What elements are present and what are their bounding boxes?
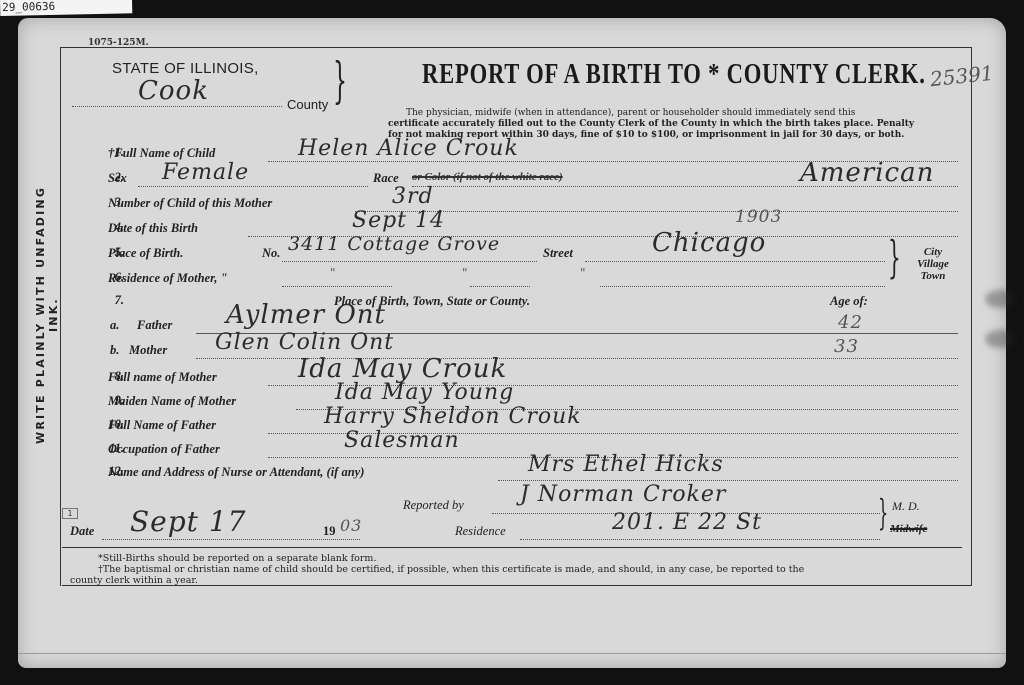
reported-by-value: J Norman Croker: [520, 482, 726, 507]
date-line: [102, 539, 360, 540]
still-births-note: *Still-Births should be reported on a se…: [70, 553, 960, 564]
side-instruction: WRITE PLAINLY WITH UNFADING INK.: [34, 170, 54, 460]
field-3-label: Number of Child of this Mother: [108, 196, 272, 211]
field-12-line: [498, 480, 958, 481]
city-brace: }: [888, 231, 901, 284]
child-name-value: Helen Alice Crouk: [298, 136, 519, 161]
birth-date-value: Sept 14: [352, 208, 445, 233]
residence-ditto-3: ": [580, 266, 587, 280]
street-label: Street: [543, 246, 573, 261]
race-value: American: [800, 158, 934, 188]
form-bottom-border: [62, 585, 972, 586]
baptismal-note-1: †The baptismal or christian name of chil…: [70, 564, 960, 575]
residence-line-2: [470, 286, 530, 287]
field-11-label: Occupation of Father: [108, 442, 220, 457]
field-8-label: Full name of Mother: [108, 370, 217, 385]
paper-stain: [985, 330, 1015, 348]
father-full-name-value: Harry Sheldon Crouk: [324, 404, 582, 429]
midwife-label: Midwife: [890, 523, 927, 535]
field-7-number: 7.: [100, 293, 124, 308]
village-label: Village: [905, 258, 961, 270]
residence-line-3: [600, 286, 885, 287]
birth-year-value: 1903: [735, 207, 782, 227]
field-7a-number: a.: [110, 318, 119, 333]
birth-address-value: 3411 Cottage Grove: [288, 233, 500, 255]
image-id-label: 29_00636: [0, 0, 132, 16]
paper-fold-line: [18, 653, 1006, 654]
mother-age-value: 33: [834, 336, 859, 357]
notice-line-2: certificate accurately filled out to the…: [388, 119, 958, 130]
md-brace: }: [878, 492, 888, 534]
field-2-label: Sex: [108, 171, 127, 186]
residence-ditto-1: ": [330, 266, 337, 280]
field-6-label: Residence of Mother, ": [108, 271, 227, 286]
city-line: [585, 261, 885, 262]
county-label: County: [287, 97, 328, 112]
tab-mark: 1: [62, 508, 78, 519]
field-9-label: Maiden Name of Mother: [108, 394, 236, 409]
county-line: [72, 106, 282, 107]
city-label: City: [905, 246, 961, 258]
field-5-label: Place of Birth.: [108, 246, 183, 261]
field-4-label: Date of this Birth: [108, 221, 198, 236]
field-2-line: [138, 186, 368, 187]
signature-divider: [62, 547, 962, 548]
father-birthplace-value: Aylmer Ont: [226, 300, 386, 330]
state-label: STATE OF ILLINOIS,: [112, 60, 259, 77]
father-occupation-value: Salesman: [344, 428, 460, 453]
residence-label: Residence: [455, 524, 506, 539]
birth-city-value: Chicago: [652, 228, 766, 258]
city-village-town-labels: City Village Town: [905, 246, 961, 282]
sex-value: Female: [162, 160, 249, 185]
reporter-residence-value: 201. E 22 St: [612, 510, 762, 535]
mother-birthplace-label: Mother: [129, 343, 167, 358]
father-age-value: 42: [838, 312, 863, 333]
town-label: Town: [905, 270, 961, 282]
notice-line-1: The physician, midwife (when in attendan…: [388, 108, 958, 119]
date-label: Date: [70, 524, 94, 539]
residence-line-1: [282, 286, 392, 287]
attendant-value: Mrs Ethel Hicks: [528, 452, 724, 477]
age-heading: Age of:: [830, 294, 868, 309]
field-1-label: †Full Name of Child: [108, 146, 215, 161]
father-birthplace-label: Father: [137, 318, 172, 333]
residence-line: [520, 539, 880, 540]
field-12-label: Name and Address of Nurse or Attendant, …: [108, 465, 364, 480]
report-year-prefix: 19: [323, 524, 336, 539]
address-line: [282, 261, 537, 262]
document-title: REPORT OF A BIRTH TO * COUNTY CLERK.: [422, 58, 926, 91]
paper-stain: [985, 290, 1015, 308]
report-date-value: Sept 17: [130, 505, 246, 538]
md-label: M. D.: [892, 499, 920, 514]
field-3-line: [355, 211, 958, 212]
header-brace: }: [333, 55, 347, 110]
footnotes: *Still-Births should be reported on a se…: [70, 553, 960, 586]
child-number-value: 3rd: [392, 184, 434, 209]
field-10-label: Full Name of Father: [108, 418, 216, 433]
race-struck-text: or Color (if not of the white race): [412, 171, 563, 183]
residence-ditto-2: ": [462, 266, 469, 280]
reported-by-label: Reported by: [403, 498, 464, 513]
report-year-suffix: 03: [340, 516, 362, 535]
mother-birthplace-value: Glen Colin Ont: [215, 330, 394, 355]
county-value: Cook: [138, 76, 209, 106]
number-label: No.: [262, 246, 280, 261]
field-7b-number: b.: [110, 343, 119, 358]
mother-maiden-name-value: Ida May Young: [335, 380, 514, 405]
